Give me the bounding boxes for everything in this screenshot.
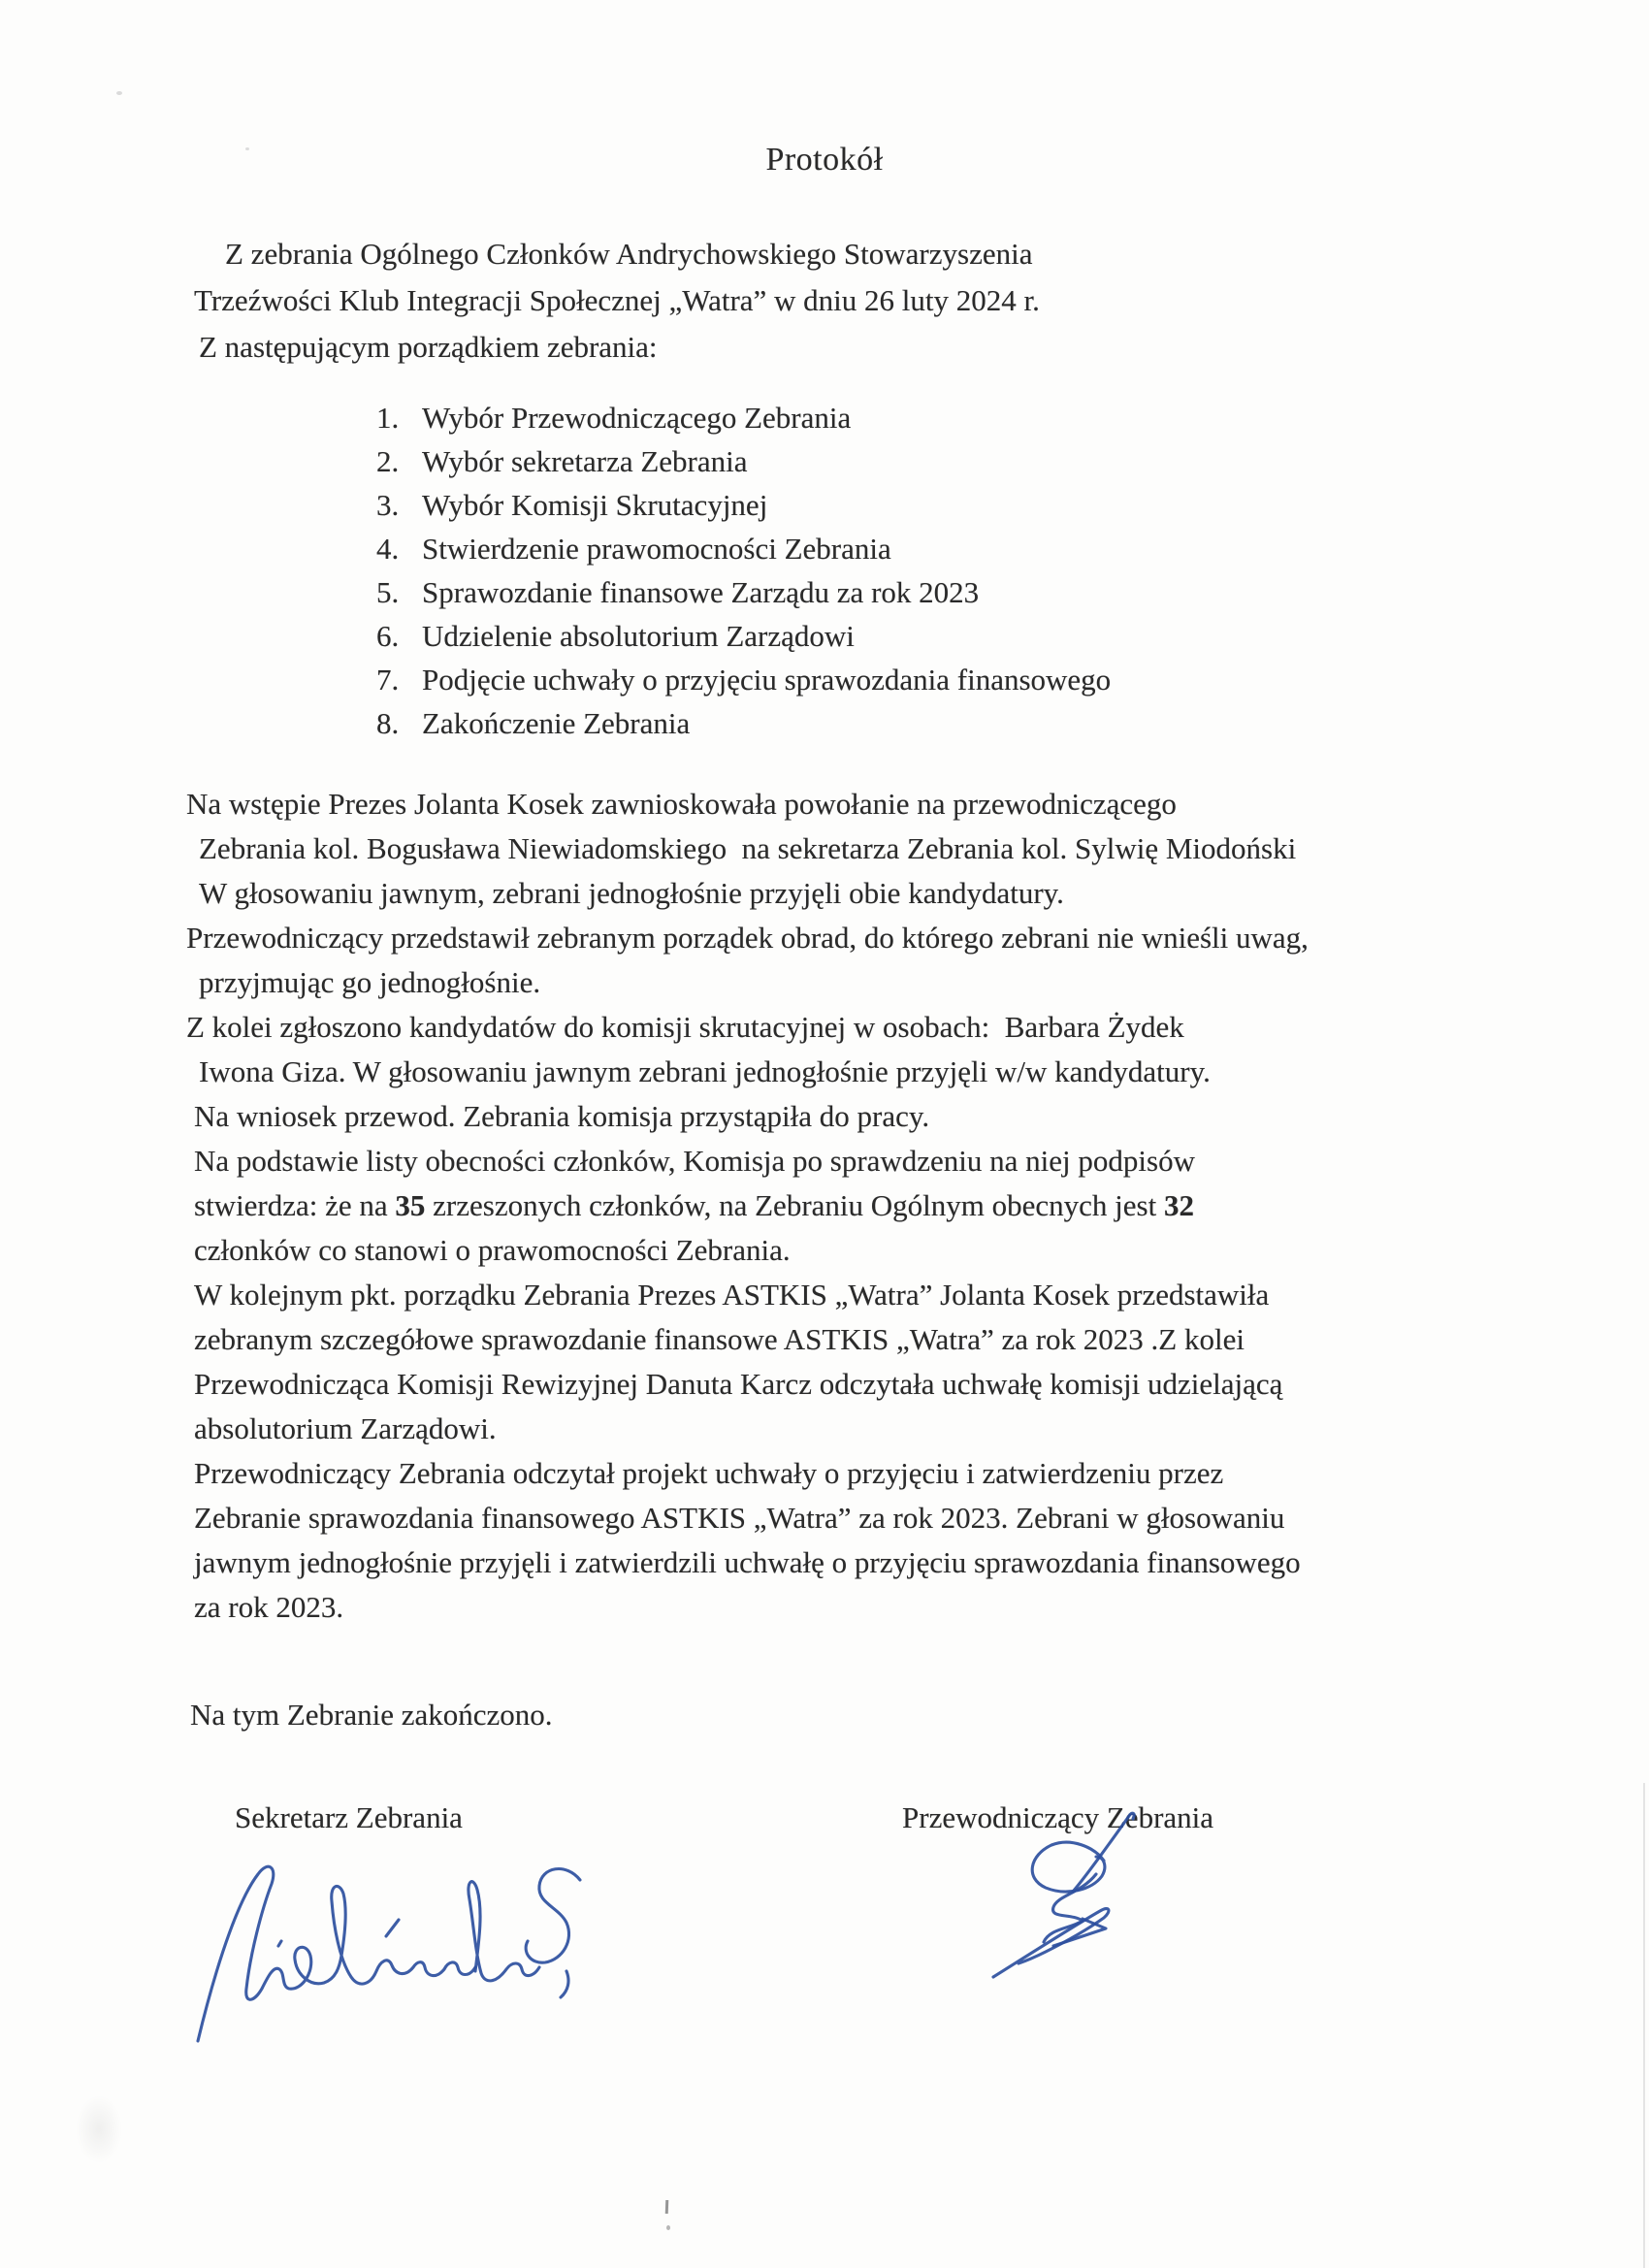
body-line: W kolejnym pkt. porządku Zebrania Prezes…: [194, 1273, 1564, 1317]
body-line: zebranym szczegółowe sprawozdanie finans…: [194, 1317, 1564, 1362]
scan-artifact: [116, 91, 122, 95]
body-line: W głosowaniu jawnym, zebrani jednogłośni…: [199, 871, 1564, 916]
agenda-item: 5.Sprawozdanie finansowe Zarządu za rok …: [376, 575, 1111, 619]
agenda-item: 8.Zakończenie Zebrania: [376, 706, 1111, 750]
attendance-mid: zrzeszonych członków, na Zebraniu Ogólny…: [425, 1188, 1164, 1222]
agenda-item-number: 8.: [376, 706, 422, 741]
body-line: Iwona Giza. W głosowaniu jawnym zebrani …: [199, 1050, 1564, 1094]
chairman-signature: [958, 1804, 1167, 1993]
secretary-label: Sekretarz Zebrania: [235, 1800, 463, 1835]
intro-line: Trzeźwości Klub Integracji Społecznej „W…: [194, 277, 1040, 324]
agenda-item: 6.Udzielenie absolutorium Zarządowi: [376, 619, 1111, 663]
members-total-count: 35: [395, 1188, 425, 1222]
body-line: Zebranie sprawozdania finansowego ASTKIS…: [194, 1496, 1564, 1540]
agenda-item-text: Sprawozdanie finansowe Zarządu za rok 20…: [422, 575, 979, 609]
body-line: Przewodnicząca Komisji Rewizyjnej Danuta…: [194, 1362, 1564, 1407]
scan-artifact: [245, 147, 249, 150]
agenda-item: 3.Wybór Komisji Skrutacyjnej: [376, 488, 1111, 532]
secretary-signature: [184, 1851, 611, 2045]
agenda-item-text: Zakończenie Zebrania: [422, 706, 690, 740]
intro-paragraph: Z zebrania Ogólnego Członków Andrychowsk…: [0, 231, 1040, 371]
agenda-item-number: 6.: [376, 619, 422, 654]
agenda-item-text: Wybór sekretarza Zebrania: [422, 444, 748, 478]
scan-artifact: [1643, 1783, 1645, 2268]
agenda-list: 1.Wybór Przewodniczącego Zebrania 2.Wybó…: [376, 401, 1111, 750]
secretary-signature-ink: [198, 1866, 580, 2041]
agenda-item-text: Podjęcie uchwały o przyjęciu sprawozdani…: [422, 663, 1111, 697]
agenda-item-number: 3.: [376, 488, 422, 523]
body-line: Na podstawie listy obecności członków, K…: [194, 1139, 1564, 1183]
agenda-item-number: 5.: [376, 575, 422, 610]
body-line: za rok 2023.: [194, 1585, 1564, 1630]
agenda-item-number: 7.: [376, 663, 422, 697]
agenda-item-text: Udzielenie absolutorium Zarządowi: [422, 619, 855, 653]
scan-artifact: [665, 2200, 668, 2214]
agenda-item-text: Stwierdzenie prawomocności Zebrania: [422, 532, 891, 566]
intro-line: Z następującym porządkiem zebrania:: [199, 324, 1040, 371]
members-present-count: 32: [1164, 1188, 1194, 1222]
agenda-item: 4.Stwierdzenie prawomocności Zebrania: [376, 532, 1111, 575]
body-line-attendance: stwierdza: że na 35 zrzeszonych członków…: [194, 1183, 1564, 1228]
body-line: przyjmując go jednogłośnie.: [199, 960, 1564, 1005]
scanned-document-page: Protokół Z zebrania Ogólnego Członków An…: [0, 0, 1649, 2268]
agenda-item-number: 1.: [376, 401, 422, 436]
body-line: Na wniosek przewod. Zebrania komisja prz…: [194, 1094, 1564, 1139]
agenda-item: 7.Podjęcie uchwały o przyjęciu sprawozda…: [376, 663, 1111, 706]
agenda-item-text: Wybór Przewodniczącego Zebrania: [422, 401, 851, 435]
body-line: Na wstępie Prezes Jolanta Kosek zawniosk…: [186, 782, 1564, 826]
body-line: jawnym jednogłośnie przyjęli i zatwierdz…: [194, 1540, 1564, 1585]
closing-line: Na tym Zebranie zakończono.: [190, 1698, 553, 1733]
body-line: absolutorium Zarządowi.: [194, 1407, 1564, 1451]
attendance-pre: stwierdza: że na: [194, 1188, 395, 1222]
agenda-item: 2.Wybór sekretarza Zebrania: [376, 444, 1111, 488]
intro-line: Z zebrania Ogólnego Członków Andrychowsk…: [225, 231, 1040, 277]
minutes-body: Na wstępie Prezes Jolanta Kosek zawniosk…: [186, 782, 1564, 1630]
chairman-signature-ink: [993, 1813, 1134, 1977]
agenda-item-number: 2.: [376, 444, 422, 479]
body-line: Z kolei zgłoszono kandydatów do komisji …: [186, 1005, 1564, 1050]
body-line: Przewodniczący przedstawił zebranym porz…: [186, 916, 1564, 960]
agenda-item: 1.Wybór Przewodniczącego Zebrania: [376, 401, 1111, 444]
scan-artifact: [76, 2095, 122, 2163]
body-line: członków co stanowi o prawomocności Zebr…: [194, 1228, 1564, 1273]
agenda-item-number: 4.: [376, 532, 422, 567]
agenda-item-text: Wybór Komisji Skrutacyjnej: [422, 488, 767, 522]
body-line: Zebrania kol. Bogusława Niewiadomskiego …: [199, 826, 1564, 871]
body-line: Przewodniczący Zebrania odczytał projekt…: [194, 1451, 1564, 1496]
scan-artifact: [666, 2225, 670, 2230]
